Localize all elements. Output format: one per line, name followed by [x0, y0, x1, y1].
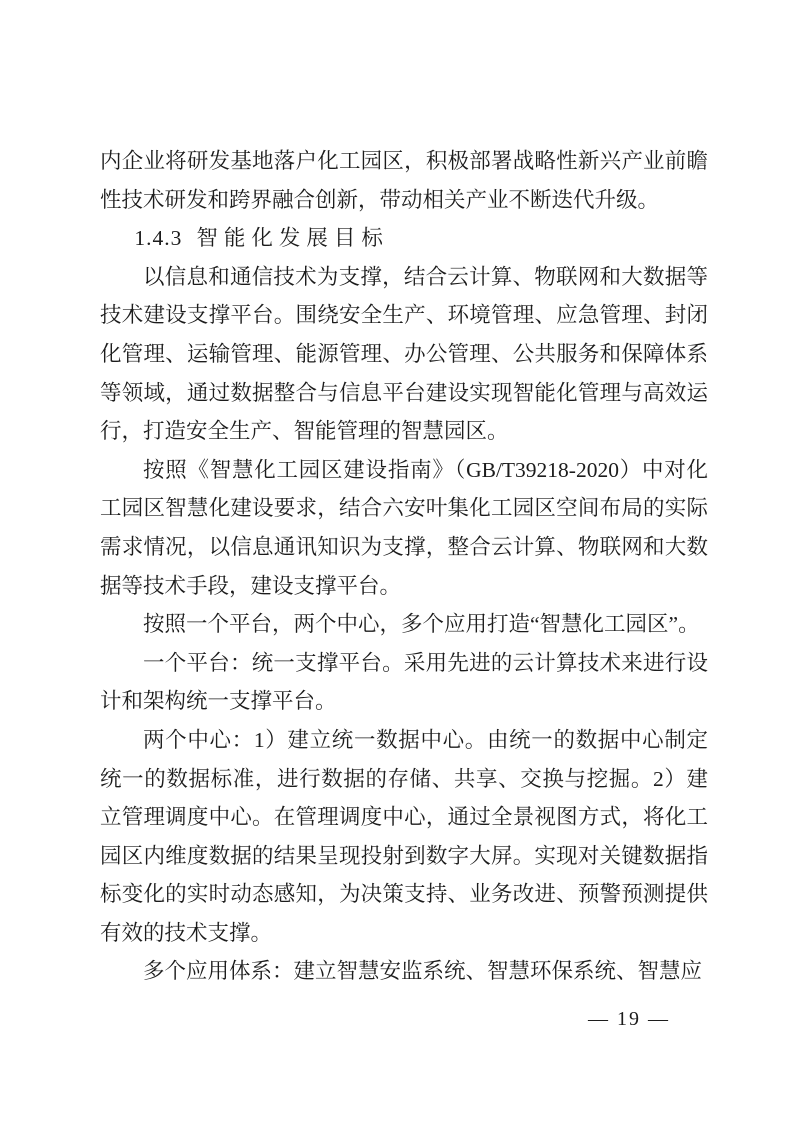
document-page: 内企业将研发基地落户化工园区，积极部署战略性新兴产业前瞻性技术研发和跨界融合创新… — [0, 0, 794, 1122]
page-footer: — 19 — — [588, 1004, 670, 1034]
section-heading: 1.4.3智能化发展目标 — [100, 219, 708, 258]
paragraph-smart-platform: 以信息和通信技术为支撑，结合云计算、物联网和大数据等技术建设支撑平台。围绕安全生… — [100, 258, 708, 451]
paragraph-guideline: 按照《智慧化工园区建设指南》（GB/T39218-2020）中对化工园区智慧化建… — [100, 451, 708, 605]
paragraph-blueprint: 按照一个平台，两个中心，多个应用打造“智慧化工园区”。 — [100, 605, 708, 644]
paragraph-continued: 内企业将研发基地落户化工园区，积极部署战略性新兴产业前瞻性技术研发和跨界融合创新… — [100, 142, 708, 219]
section-heading-title: 智能化发展目标 — [196, 226, 389, 250]
section-heading-number: 1.4.3 — [134, 226, 182, 250]
page-body: 内企业将研发基地落户化工园区，积极部署战略性新兴产业前瞻性技术研发和跨界融合创新… — [100, 142, 708, 991]
paragraph-applications: 多个应用体系：建立智慧安监系统、智慧环保系统、智慧应 — [100, 952, 708, 991]
paragraph-one-platform: 一个平台：统一支撑平台。采用先进的云计算技术来进行设计和架构统一支撑平台。 — [100, 644, 708, 721]
page-number: — 19 — — [588, 1008, 670, 1030]
paragraph-two-centers: 两个中心：1）建立统一数据中心。由统一的数据中心制定统一的数据标准，进行数据的存… — [100, 721, 708, 953]
